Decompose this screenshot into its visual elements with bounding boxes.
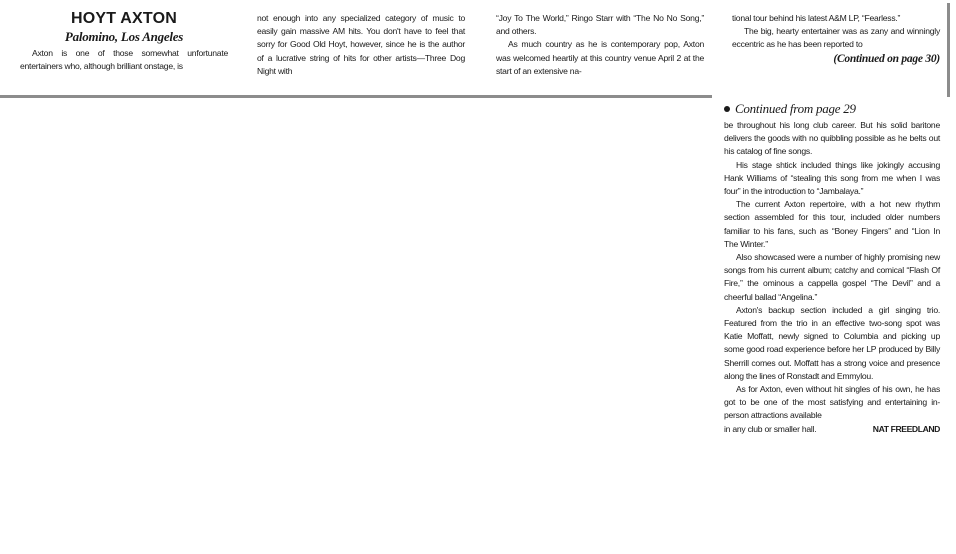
paragraph: tional tour behind his latest A&M LP, “F… bbox=[732, 12, 940, 25]
venue-subtitle: Palomino, Los Angeles bbox=[20, 29, 228, 45]
column-2: not enough into any specialized category… bbox=[257, 12, 465, 78]
horizontal-divider bbox=[0, 95, 712, 98]
paragraph: The big, hearty entertainer was as zany … bbox=[732, 25, 940, 51]
continued-on-jump: (Continued on page 30) bbox=[732, 52, 940, 66]
closing-line: in any club or smaller hall. NAT FREEDLA… bbox=[724, 423, 940, 436]
paragraph: Also showcased were a number of highly p… bbox=[724, 251, 940, 304]
continued-from-label: Continued from page 29 bbox=[735, 101, 856, 116]
last-line-text: in any club or smaller hall. bbox=[724, 423, 816, 436]
paragraph: Axton is one of those somewhat unfortuna… bbox=[20, 47, 228, 73]
paragraph: Axton's backup section included a girl s… bbox=[724, 304, 940, 383]
continued-from-header: Continued from page 29 bbox=[724, 101, 940, 117]
paragraph: The current Axton repertoire, with a hot… bbox=[724, 198, 940, 251]
byline: NAT FREEDLAND bbox=[873, 423, 940, 436]
article-top-block: HOYT AXTON Palomino, Los Angeles Axton i… bbox=[0, 0, 956, 100]
paragraph: not enough into any specialized category… bbox=[257, 12, 465, 78]
paragraph: “Joy To The World,” Ringo Starr with “Th… bbox=[496, 12, 704, 38]
paragraph: As for Axton, even without hit singles o… bbox=[724, 383, 940, 423]
headline: HOYT AXTON bbox=[20, 9, 228, 29]
column-1: HOYT AXTON Palomino, Los Angeles Axton i… bbox=[20, 9, 228, 73]
paragraph: be throughout his long club career. But … bbox=[724, 119, 940, 159]
bullet-icon bbox=[724, 106, 730, 112]
column-4: tional tour behind his latest A&M LP, “F… bbox=[732, 12, 940, 66]
vertical-divider bbox=[947, 3, 950, 97]
paragraph: As much country as he is contemporary po… bbox=[496, 38, 704, 78]
column-3: “Joy To The World,” Ringo Starr with “Th… bbox=[496, 12, 704, 78]
paragraph: His stage shtick included things like jo… bbox=[724, 159, 940, 199]
continuation-column: Continued from page 29 be throughout his… bbox=[724, 101, 940, 436]
